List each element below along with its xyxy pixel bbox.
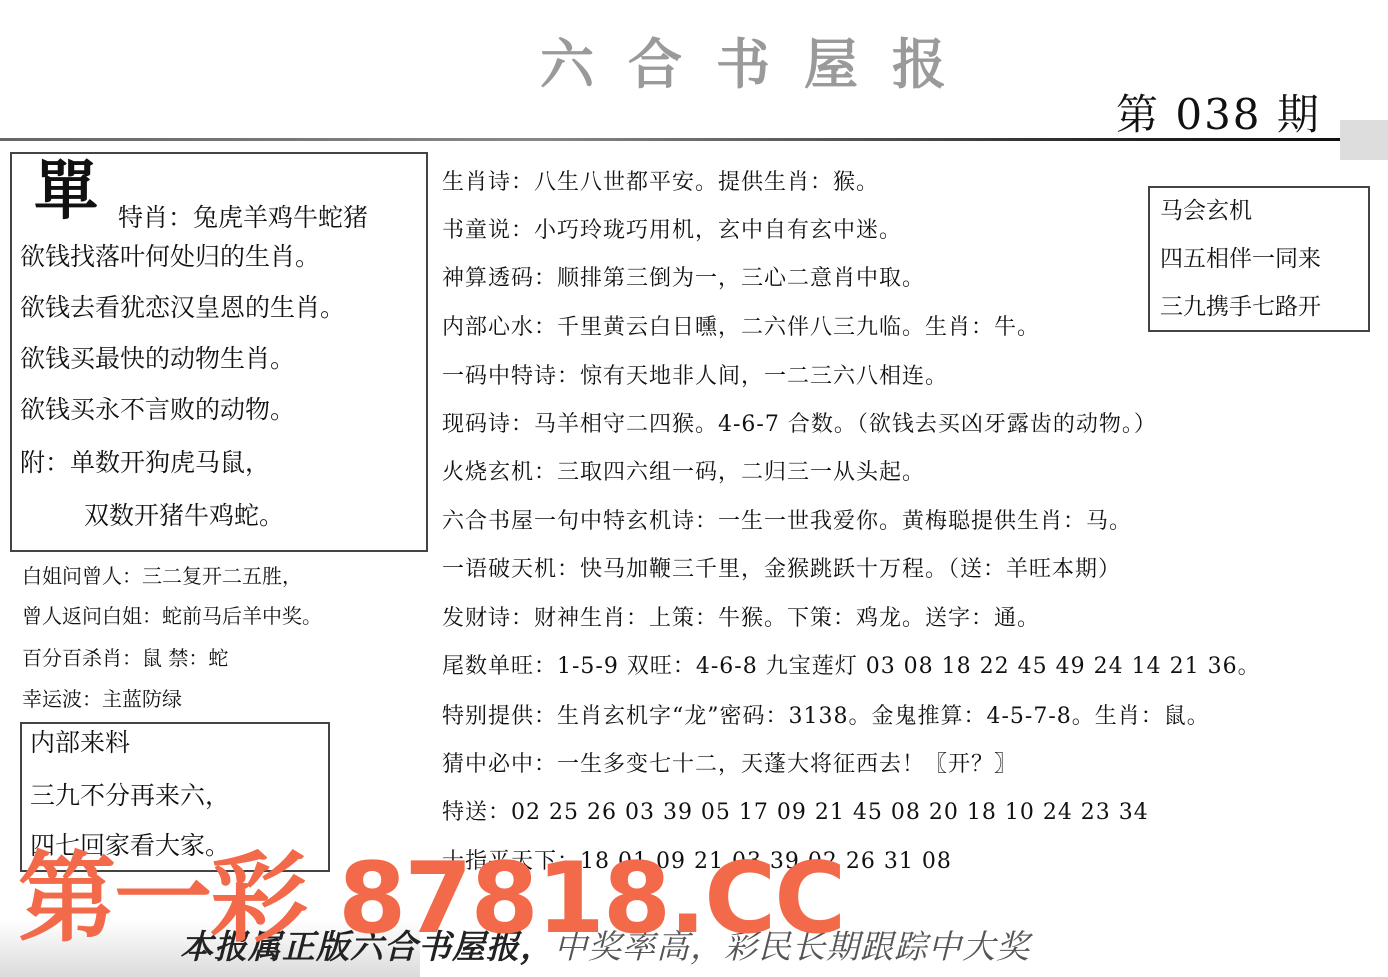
special-zodiac-line: 特肖：兔虎羊鸡牛蛇猪 — [118, 205, 368, 230]
bookhouse-poem-line: 六合书屋一句中特玄机诗：一生一世我爱你。黄梅聪提供生肖：马。 — [442, 511, 1132, 533]
jockey-club-line: 四五相伴一同来 — [1160, 248, 1321, 271]
scan-noise — [1340, 120, 1388, 160]
inside-tip-line: 内部心水：千里黄云白日曛，二六伴八三九临。生肖：牛。 — [442, 317, 1040, 339]
special-numbers-line: 特送：02 25 26 03 39 05 17 09 21 45 08 20 1… — [442, 802, 1149, 824]
jockey-club-line: 三九携手七路开 — [1160, 296, 1321, 319]
appendix-line: 双数开猪牛鸡蛇。 — [84, 503, 284, 528]
guess-line: 猜中必中：一生多变七十二，天蓬大将征西去！〖开？〗 — [442, 754, 1017, 776]
divine-code-line: 神算透码：顺排第三倒为一，三心二意肖中取。 — [442, 268, 925, 290]
riddle-line: 欲钱买最快的动物生肖。 — [20, 346, 295, 371]
tail-numbers-line: 尾数单旺：1-5-9 双旺：4-6-8 九宝莲灯 03 08 18 22 45 … — [442, 656, 1261, 678]
newspaper-title: 六合书屋报 — [540, 22, 980, 99]
riddle-line: 欲钱买永不言败的动物。 — [20, 397, 295, 422]
fire-mystery-line: 火烧玄机：三取四六组一码，二归三一从头起。 — [442, 462, 925, 484]
kill-zodiac-line: 百分百杀肖：鼠 禁：蛇 — [22, 648, 228, 668]
current-code-poem-line: 现码诗：马羊相守二四猴。4-6-7 合数。（欲钱去买凶牙露齿的动物。） — [442, 414, 1157, 436]
internal-info-line: 三九不分再来六， — [30, 783, 230, 808]
internal-info-title: 内部来料 — [30, 730, 130, 755]
riddle-line: 欲钱找落叶何处归的生肖。 — [20, 244, 320, 269]
header-divider — [0, 138, 1340, 141]
riddle-line: 欲钱去看犹恋汉皇恩的生肖。 — [20, 295, 345, 320]
issue-number: 第 038 期 — [1116, 82, 1321, 142]
appendix-line: 附：单数开狗虎马鼠， — [20, 450, 270, 475]
lucky-wave-line: 幸运波：主蓝防绿 — [22, 689, 182, 709]
jockey-club-title: 马会玄机 — [1160, 200, 1252, 223]
zodiac-poem-line: 生肖诗：八生八世都平安。提供生肖：猴。 — [442, 172, 879, 194]
one-phrase-line: 一语破天机：快马加鞭三千里，金猴跳跃十万程。（送：羊旺本期） — [442, 559, 1121, 581]
book-boy-line: 书童说：小巧玲珑巧用机，玄中自有玄中迷。 — [442, 220, 902, 242]
site-watermark: 第一彩 87818.CC — [18, 850, 844, 948]
note-line: 曾人返问白姐：蛇前马后羊中奖。 — [22, 606, 322, 626]
single-character-logo: 單 — [34, 160, 98, 224]
fortune-poem-line: 发财诗：财神生肖：上策：牛猴。下策：鸡龙。送字：通。 — [442, 608, 1040, 630]
note-line: 白姐问曾人：三二复开二五胜， — [22, 566, 302, 586]
one-code-poem-line: 一码中特诗：惊有天地非人间，一二三六八相连。 — [442, 366, 948, 388]
special-offer-line: 特别提供：生肖玄机字“龙”密码：3138。金鬼推算：4-5-7-8。生肖：鼠。 — [442, 706, 1210, 728]
